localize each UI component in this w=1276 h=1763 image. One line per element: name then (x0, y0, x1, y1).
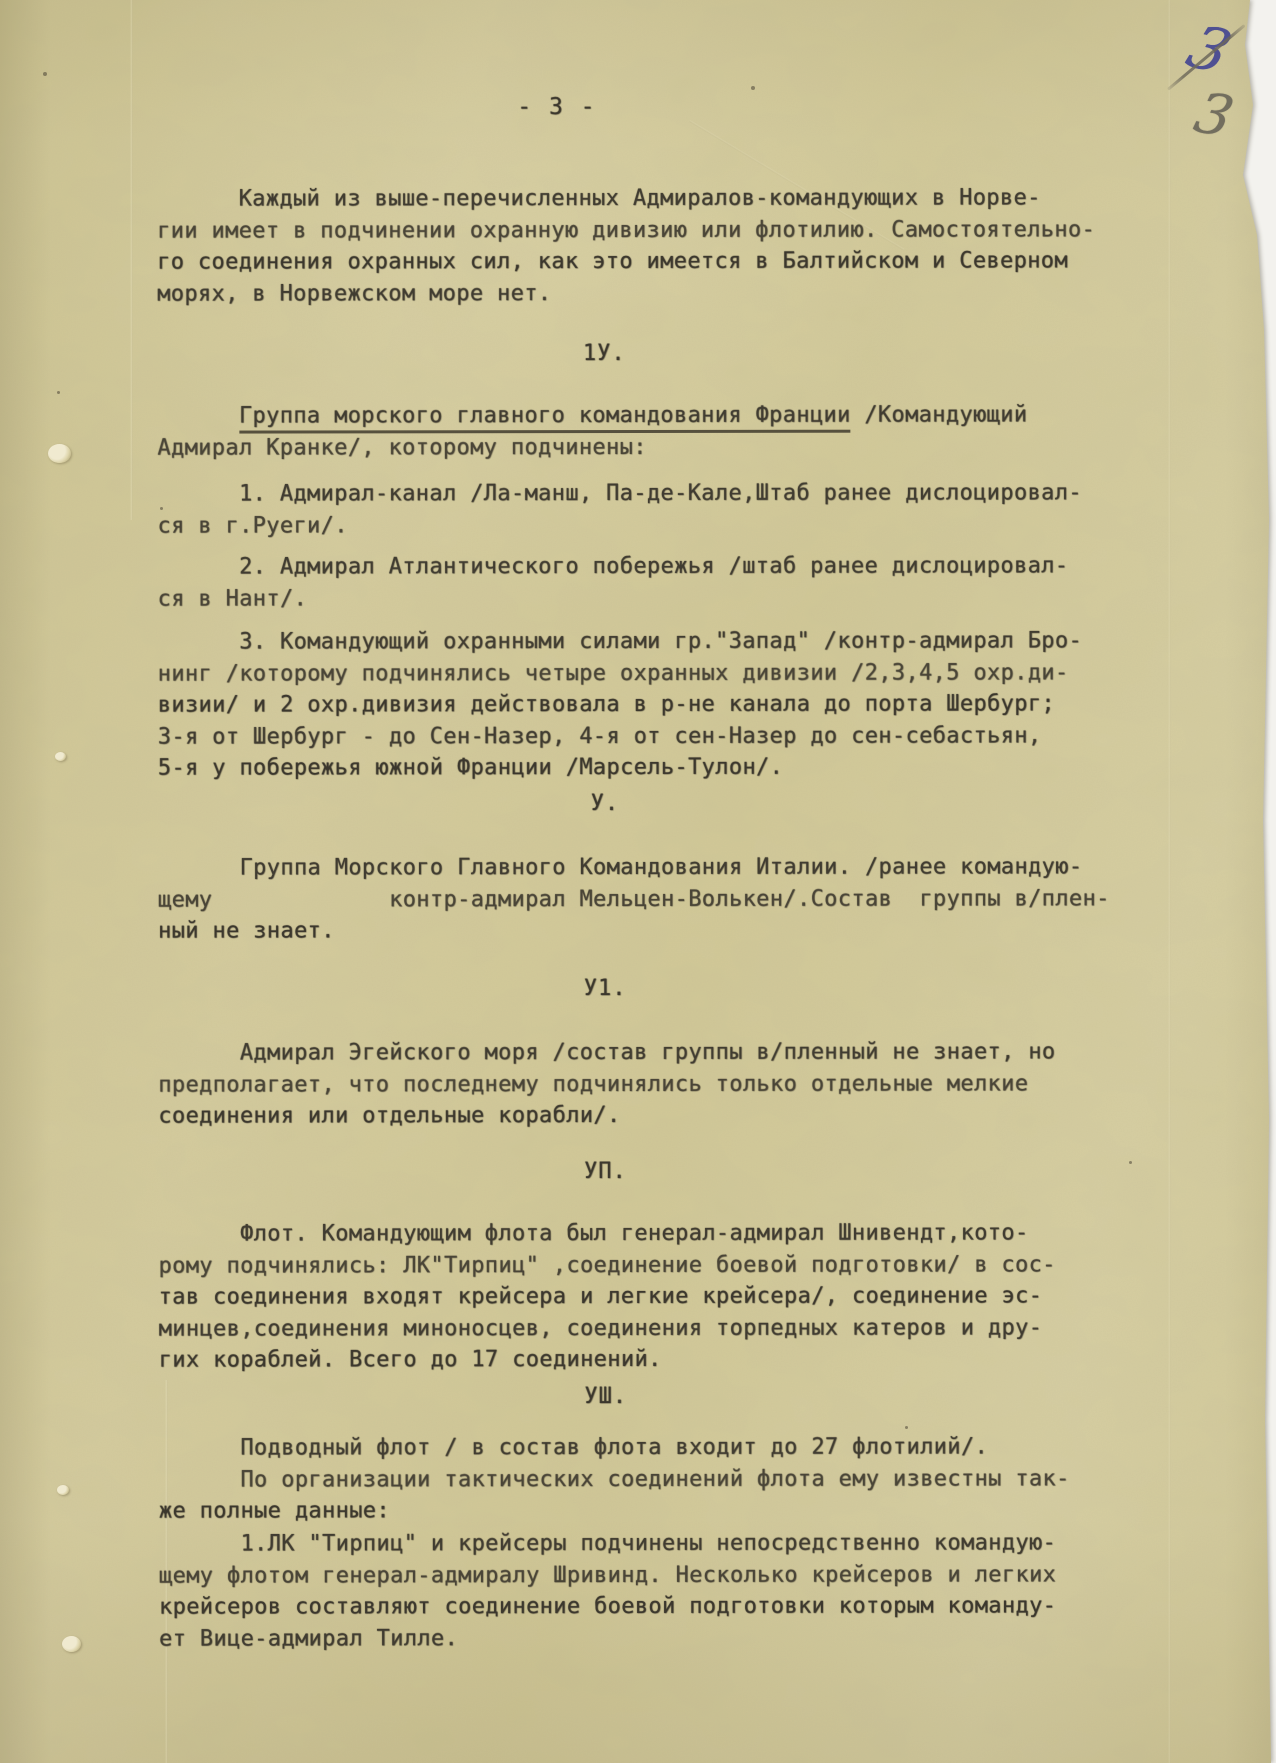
text-line: крейсеров составляют соединение боевой п… (159, 1590, 1056, 1623)
text-line: 3-я от Шербург - до Сен-Назер, 4-я от се… (158, 720, 1083, 753)
text-line: тав соединения входят крейсера и легкие … (159, 1280, 1056, 1313)
text-line: 5-я у побережья южной Франции /Марсель-Т… (158, 751, 1083, 784)
typed-text-layer: - 3 - Каждый из выше-перечисленных Адмир… (0, 0, 1276, 1763)
text-line: Флот. Командующим флота был генерал-адми… (158, 1217, 1055, 1250)
text-line: ся в Нант/. (158, 582, 1069, 615)
text-line: гии имеет в подчинении охранную дивизию … (157, 214, 1095, 247)
text-line: щему флотом генерал-адмиралу Шривинд. Не… (159, 1559, 1056, 1592)
paragraph: Группа морского главного командования Фр… (157, 399, 1027, 463)
section-heading: У. (0, 787, 1210, 820)
crease-vertical-right (1168, 0, 1171, 1763)
text-line: Адмирал Эгейского моря /состав группы в/… (158, 1036, 1055, 1069)
text-line: 1.ЛК "Тирпиц" и крейсеры подчинены непос… (159, 1527, 1056, 1560)
text-blocks: Каждый из выше-перечисленных Адмиралов-к… (0, 0, 1275, 1)
crease-vertical-left (130, 0, 133, 520)
paper-hole (62, 1636, 81, 1652)
text-line: же полные данные: (159, 1494, 1070, 1527)
ink-speck (160, 507, 163, 510)
paragraph: Флот. Командующим флота был генерал-адми… (158, 1217, 1056, 1376)
text-line: нинг /которому подчинялись четыре охранн… (158, 657, 1083, 690)
paper-sheet: - 3 - Каждый из выше-перечисленных Адмир… (0, 0, 1276, 1763)
paragraph: 2. Адмирал Атлантического побережья /шта… (158, 550, 1069, 614)
text-line: 1. Адмирал-канал /Ла-манш, Па-де-Кале,Шт… (157, 477, 1082, 510)
text-line: 2. Адмирал Атлантического побережья /шта… (158, 550, 1069, 583)
text-line: рому подчинялись: ЛК"Тирпиц" ,соединение… (159, 1249, 1056, 1282)
text-line: соединения или отдельные корабли/. (158, 1099, 1055, 1132)
text-line: визии/ и 2 охр.дивизия действовала в р-н… (158, 688, 1083, 721)
scanned-document: { "colors": { "paper": "#d3ca9a", "ink":… (0, 0, 1276, 1763)
text-line: Адмирал Кранке/, которому подчинены: (157, 431, 1027, 464)
paragraph: Адмирал Эгейского моря /состав группы в/… (158, 1036, 1055, 1132)
text-line: морях, в Норвежском море нет. (157, 277, 1095, 310)
ink-speck (1129, 1161, 1132, 1164)
text-line: гих кораблей. Всего до 17 соединений. (159, 1343, 1056, 1376)
text-line: Группа Морского Главного Командования Ит… (158, 851, 1110, 884)
paragraph: 1. Адмирал-канал /Ла-манш, Па-де-Кале,Шт… (157, 477, 1082, 541)
paragraph: 3. Командующий охранными силами гр."Запа… (158, 625, 1083, 784)
paragraph: Группа Морского Главного Командования Ит… (158, 851, 1110, 947)
text-line: 3. Командующий охранными силами гр."Запа… (158, 625, 1083, 658)
crease-vertical-bottom-left (165, 1380, 168, 1763)
text-line: По организации тактических соединений фл… (159, 1463, 1070, 1496)
paragraph: 1.ЛК "Тирпиц" и крейсеры подчинены непос… (159, 1527, 1056, 1654)
section-heading: 1У. (0, 337, 1209, 370)
text-line: ный не знает. (158, 914, 1110, 947)
paper-texture (0, 0, 1276, 1763)
text-line: Каждый из выше-перечисленных Адмиралов-к… (157, 182, 1095, 215)
ink-speck (905, 1426, 908, 1429)
text-segment (157, 404, 239, 429)
paragraph: Подводный флот / в состав флота входит д… (159, 1431, 1070, 1527)
crease-diagonal-top (689, 120, 904, 250)
underlined-text: Группа морского главного командования Фр… (239, 403, 851, 434)
section-heading: УШ. (1, 1380, 1211, 1413)
text-line: минцев,соединения миноносцев, соединения… (159, 1312, 1056, 1345)
handwritten-page-number: 3 (1189, 86, 1239, 146)
text-segment: /Командующий (851, 402, 1028, 427)
text-line: предполагает, что последнему подчинялись… (158, 1068, 1055, 1101)
paper-hole (57, 1485, 69, 1495)
text-line: щему контр-адмирал Мельцен-Волькен/.Сост… (158, 883, 1110, 916)
section-heading: УП. (0, 1155, 1210, 1188)
text-line: го соединения охранных сил, как это имее… (157, 245, 1095, 278)
text-line: Подводный флот / в состав флота входит д… (159, 1431, 1070, 1464)
paper-hole (48, 444, 71, 463)
text-line: ет Вице-адмирал Тилле. (159, 1622, 1056, 1655)
handwritten-number-crossed: 3 (1180, 17, 1239, 83)
paragraph: Каждый из выше-перечисленных Адмиралов-к… (157, 182, 1095, 309)
ink-speck (57, 391, 60, 394)
paper-hole (55, 752, 66, 761)
pencil-strike-line (1167, 24, 1246, 91)
ink-speck (751, 86, 755, 90)
ink-speck (43, 72, 47, 76)
text-line: ся в г.Руеги/. (157, 509, 1082, 542)
paper-edge-shadow: - 3 - Каждый из выше-перечисленных Адмир… (0, 0, 1276, 1763)
section-heading: У1. (0, 972, 1210, 1005)
page-number: - 3 - (0, 91, 1115, 124)
text-line: Группа морского главного командования Фр… (157, 399, 1027, 432)
